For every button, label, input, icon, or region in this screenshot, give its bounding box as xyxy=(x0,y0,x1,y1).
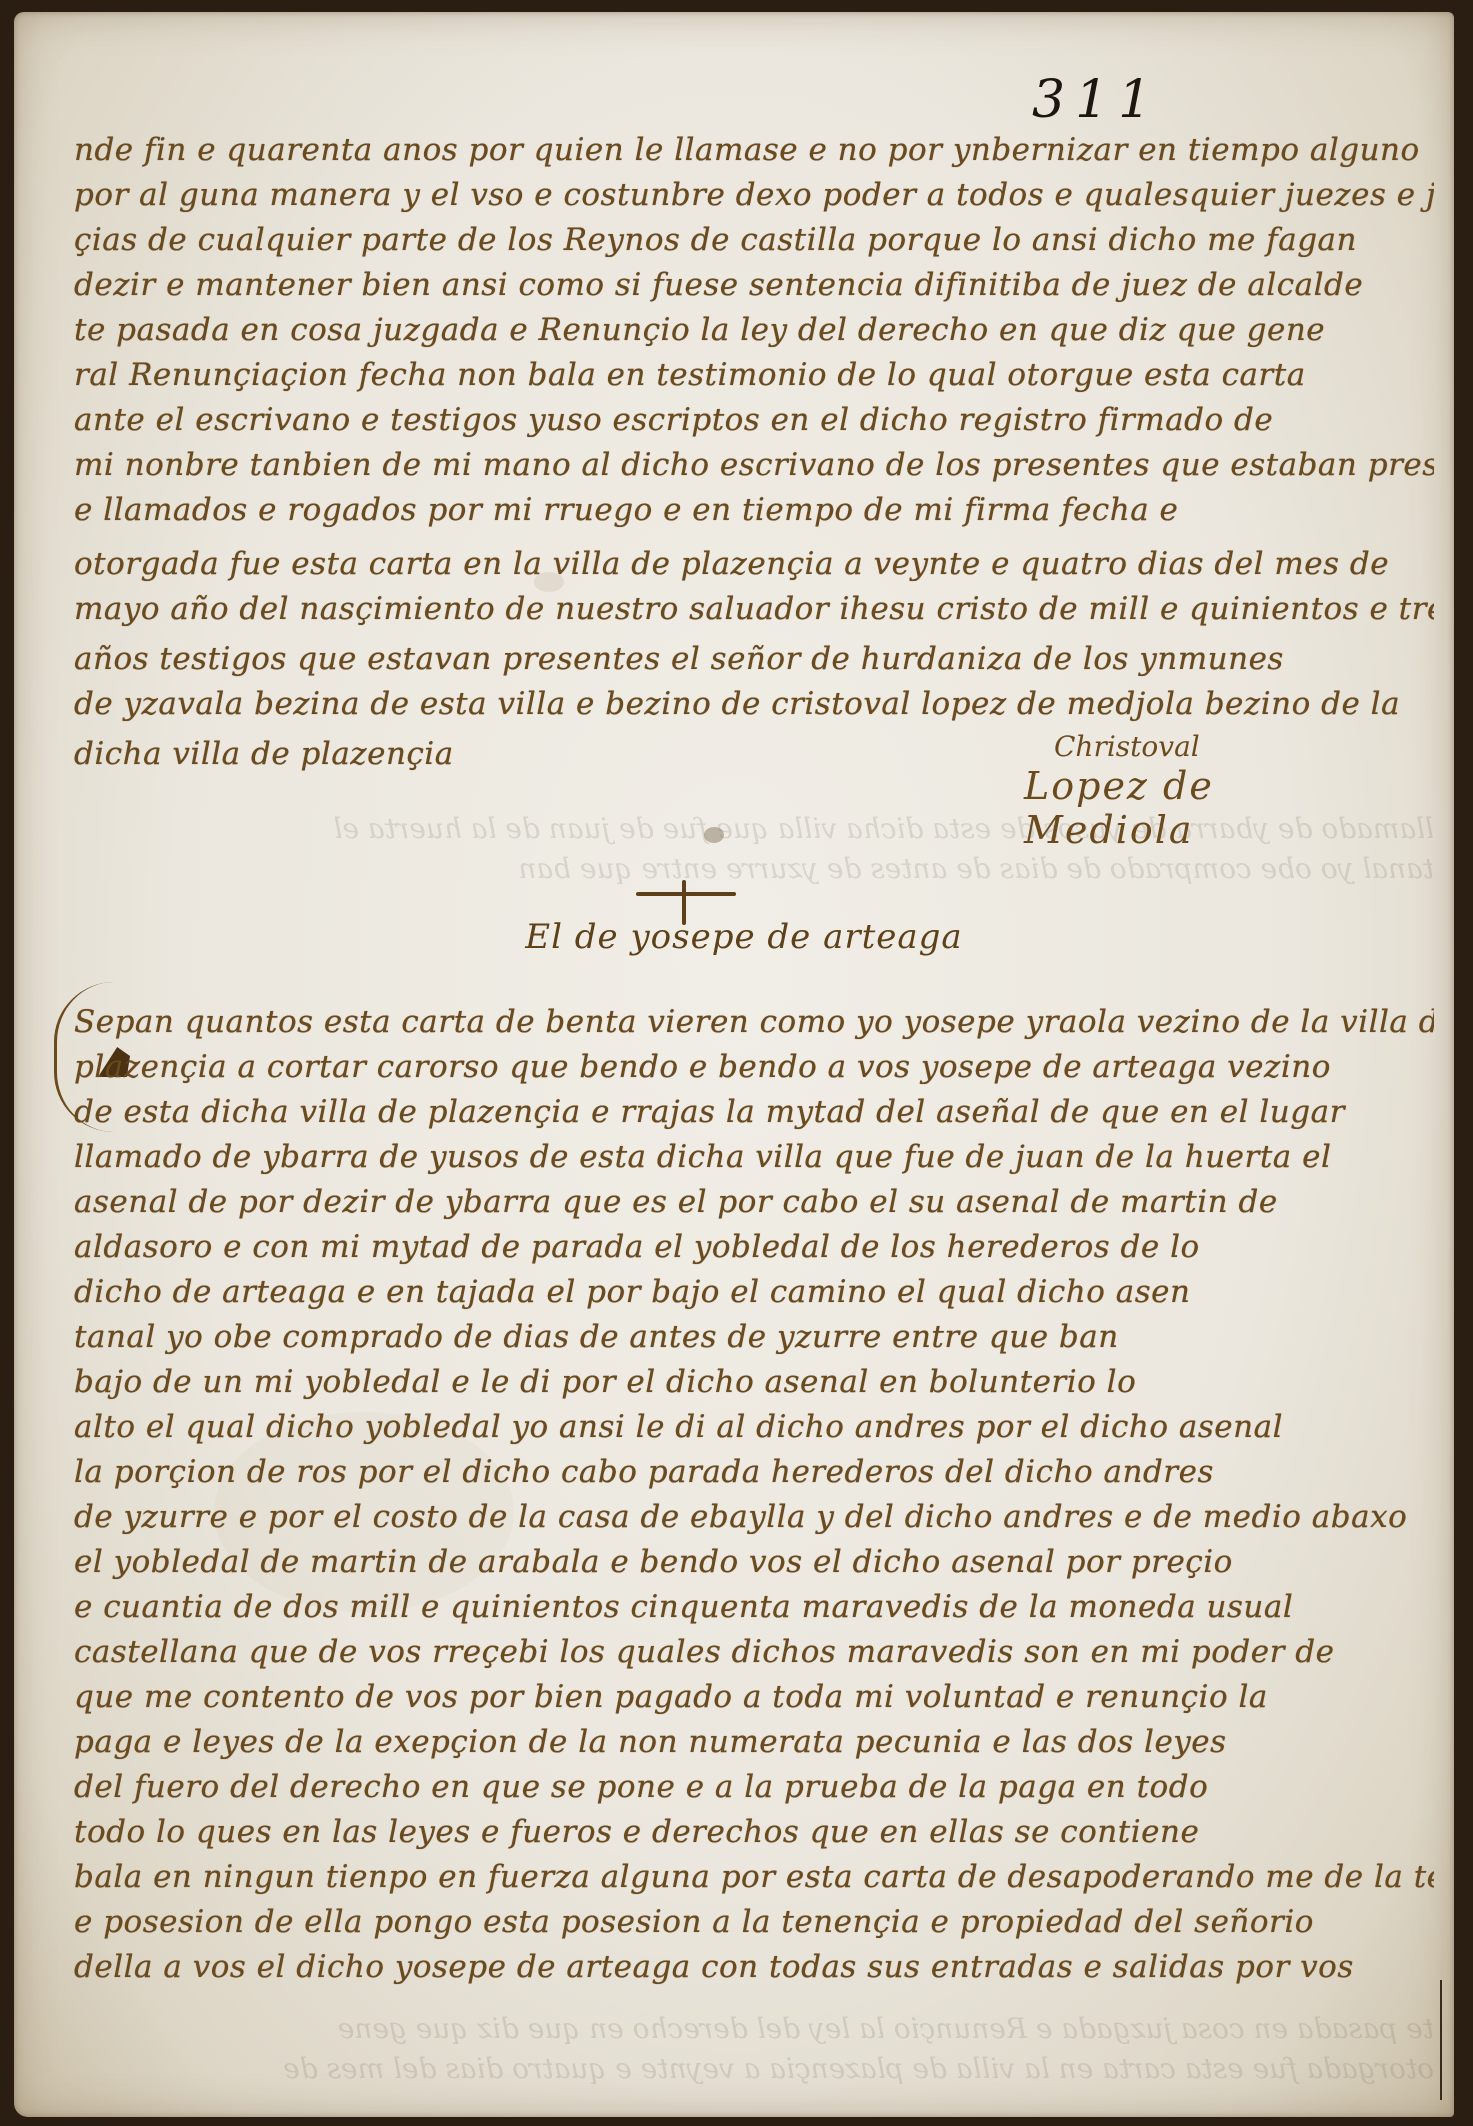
folio-number: 311 xyxy=(1032,70,1161,130)
text-line: otorgada fue esta carta en la villa de p… xyxy=(74,544,1434,584)
text-line: llamado de ybarra de yusos de esta dicha… xyxy=(74,1137,1434,1177)
text-line: e cuantia de dos mill e quinientos cinqu… xyxy=(74,1587,1434,1627)
text-line: e llamados e rogados por mi rruego e en … xyxy=(74,490,1434,530)
text-line: dicho de arteaga e en tajada el por bajo… xyxy=(74,1272,1434,1312)
text-line: tanal yo obe comprado de dias de antes d… xyxy=(74,1317,1434,1357)
text-line: todo lo ques en las leyes e fueros e der… xyxy=(74,1812,1434,1852)
text-line: dicha villa de plazençia xyxy=(74,734,474,774)
text-line: ral Renunçiaçion fecha non bala en testi… xyxy=(74,355,1434,395)
text-line: bala en ningun tienpo en fuerza alguna p… xyxy=(74,1857,1434,1897)
text-line: Sepan quantos esta carta de benta vieren… xyxy=(74,1002,1434,1042)
bleed-through-text: otorgada fue esta carta en la villa de p… xyxy=(74,2052,1434,2085)
signature-first-name: Christoval xyxy=(1054,730,1200,763)
text-line: ante el escrivano e testigos yuso escrip… xyxy=(74,400,1434,440)
text-line: mayo año del nasçimiento de nuestro salu… xyxy=(74,589,1434,629)
text-line: alto el qual dicho yobledal yo ansi le d… xyxy=(74,1407,1434,1447)
page-edge-tear xyxy=(1440,1980,1442,2100)
section-heading: El de yosepe de arteaga xyxy=(484,917,1004,957)
text-line: plazençia a cortar carorso que bendo e b… xyxy=(74,1047,1434,1087)
bleed-through-text: te pasada en cosa juzgada e Renunçio la … xyxy=(74,2012,1434,2045)
text-line: nde fin e quarenta anos por quien le lla… xyxy=(74,130,1434,170)
text-line: della a vos el dicho yosepe de arteaga c… xyxy=(74,1947,1434,1987)
text-line: que me contento de vos por bien pagado a… xyxy=(74,1677,1434,1717)
signature-surname: Lopez de Mediola xyxy=(1024,764,1354,852)
text-line: la porçion de ros por el dicho cabo para… xyxy=(74,1452,1434,1492)
text-line: aldasoro e con mi mytad de parada el yob… xyxy=(74,1227,1434,1267)
text-line: de esta dicha villa de plazençia e rraja… xyxy=(74,1092,1434,1132)
text-line: años testigos que estavan presentes el s… xyxy=(74,639,1434,679)
text-line: bajo de un mi yobledal e le di por el di… xyxy=(74,1362,1434,1402)
text-line: mi nonbre tanbien de mi mano al dicho es… xyxy=(74,445,1434,485)
text-line: asenal de por dezir de ybarra que es el … xyxy=(74,1182,1434,1222)
text-line: el yobledal de martin de arabala e bendo… xyxy=(74,1542,1434,1582)
text-line: dezir e mantener bien ansi como si fuese… xyxy=(74,265,1434,305)
notary-signature: Christoval Lopez de Mediola xyxy=(1014,730,1354,830)
text-line: castellana que de vos rreçebi los quales… xyxy=(74,1632,1434,1672)
text-line: por al guna manera y el vso e costunbre … xyxy=(74,175,1434,215)
text-line: paga e leyes de la exepçion de la non nu… xyxy=(74,1722,1434,1762)
manuscript-page: 311 llamado de ybarra de yusos de esta d… xyxy=(14,12,1454,2117)
text-line: te pasada en cosa juzgada e Renunçio la … xyxy=(74,310,1434,350)
bleed-through-text: tanal yo obe comprado de dias de antes d… xyxy=(74,852,1434,885)
text-line: e posesion de ella pongo esta posesion a… xyxy=(74,1902,1434,1942)
text-line: del fuero del derecho en que se pone e a… xyxy=(74,1767,1434,1807)
text-line: çias de cualquier parte de los Reynos de… xyxy=(74,220,1434,260)
text-line: de yzurre e por el costo de la casa de e… xyxy=(74,1497,1434,1537)
text-line: de yzavala bezina de esta villa e bezino… xyxy=(74,684,1434,724)
